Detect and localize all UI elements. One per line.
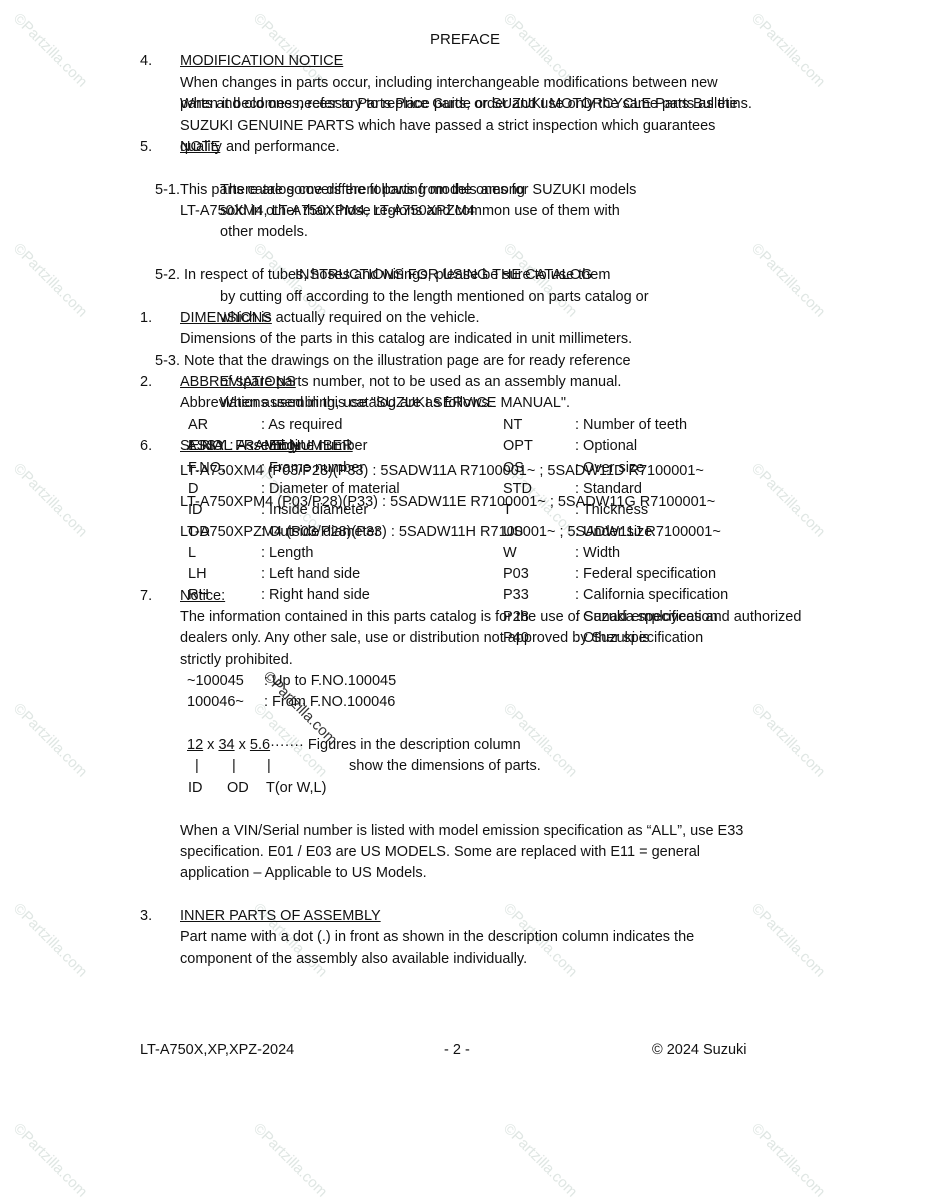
abbr-code: STD	[503, 480, 532, 498]
watermark-text: ©Partzilla.com	[748, 10, 829, 91]
abbr-desc: : Length	[261, 544, 313, 562]
abbr-desc: : Other specification	[575, 629, 703, 647]
abbr-code: RH	[188, 586, 209, 604]
abbr-desc: : Diameter of material	[261, 480, 400, 498]
footer-model: LT-A750X,XP,XPZ-2024	[140, 1041, 294, 1059]
abbr-code: D	[188, 480, 198, 498]
dimension-example: 12 x 34 x 5.6······· Figures in the desc…	[187, 736, 521, 754]
section-title: ABBREVIATIONS	[180, 373, 296, 391]
section-number: 3.	[140, 907, 152, 925]
abbr-code: F.NO.	[188, 459, 225, 477]
abbr-code: P40	[503, 629, 529, 647]
watermark-text: ©Partzilla.com	[10, 240, 91, 321]
text-line: by cutting off according to the length m…	[220, 288, 649, 306]
abbr-code: E.NO.	[188, 437, 227, 455]
dim-bar: |	[195, 757, 199, 775]
dim-sep: x	[235, 737, 250, 753]
abbr-code: LH	[188, 565, 207, 583]
dim-t: 5.6	[250, 737, 270, 753]
abbr-desc: : Thickness	[575, 501, 648, 519]
range-code: 100046~	[187, 693, 244, 711]
abbr-desc: : Inside diameter	[261, 501, 368, 519]
dim-bar: |	[267, 757, 271, 775]
text-line: Dimensions of the parts in this catalog …	[180, 330, 632, 348]
page-title: PREFACE	[430, 31, 500, 49]
section-number: 5.	[140, 138, 152, 156]
watermark-text: ©Partzilla.com	[748, 1120, 829, 1200]
abbr-code: NT	[503, 416, 522, 434]
abbr-desc: : Over size	[575, 459, 644, 477]
watermark-text: ©Partzilla.com	[10, 1120, 91, 1200]
text-line: sold in other than those regions and com…	[220, 202, 620, 220]
dim-dots: ·······	[270, 737, 304, 753]
abbr-desc: : Number of teeth	[575, 416, 687, 434]
section-number: 1.	[140, 309, 152, 327]
text-line: When it becomes necessary to replace par…	[180, 95, 738, 113]
section-title: MODIFICATION NOTICE	[180, 52, 343, 70]
dim-label: ID	[188, 779, 203, 797]
abbr-code: P03	[503, 565, 529, 583]
emission-note: specification. E01 / E03 are US MODELS. …	[180, 843, 700, 861]
section-number: 7.	[140, 587, 152, 605]
dim-sep: x	[203, 737, 218, 753]
emission-note: application – Applicable to US Models.	[180, 864, 427, 882]
abbr-desc: : Standard	[575, 480, 642, 498]
watermark-text: ©Partzilla.com	[10, 700, 91, 781]
dim-desc: show the dimensions of parts.	[349, 757, 541, 775]
range-desc: : Up to F.NO.100045	[264, 672, 396, 690]
range-code: ~100045	[187, 672, 244, 690]
text-line: INSTRUCTIONS FOR USING THE CATALOG	[295, 266, 592, 284]
watermark-text: ©Partzilla.com	[10, 460, 91, 541]
section-number: 2.	[140, 373, 152, 391]
abbr-desc: : Outside diameter	[261, 523, 379, 541]
abbr-desc: : Canada specification	[575, 608, 718, 626]
abbr-desc: : As required	[261, 416, 342, 434]
watermark-text: ©Partzilla.com	[748, 460, 829, 541]
dim-label: OD	[227, 779, 249, 797]
abbr-code: OS	[503, 459, 524, 477]
dim-id: 12	[187, 737, 203, 753]
dim-label: T(or W,L)	[266, 779, 326, 797]
text-line: component of the assembly also available…	[180, 950, 527, 968]
abbr-code: OPT	[503, 437, 533, 455]
abbr-code: US	[503, 523, 523, 541]
abbr-desc: : Under size	[575, 523, 652, 541]
abbr-desc: : California specification	[575, 586, 728, 604]
range-desc: : From F.NO.100046	[264, 693, 395, 711]
abbr-code: OD	[188, 523, 210, 541]
watermark-text: ©Partzilla.com	[748, 700, 829, 781]
abbr-code: P33	[503, 586, 529, 604]
text-line: When changes in parts occur, including i…	[180, 74, 718, 92]
abbr-code: L	[188, 544, 196, 562]
page-number: - 2 -	[444, 1041, 470, 1059]
text-line: other models.	[220, 223, 308, 241]
abbr-code: T	[503, 501, 512, 519]
dim-od: 34	[218, 737, 234, 753]
abbr-desc: : Width	[575, 544, 620, 562]
watermark-text: ©Partzilla.com	[10, 10, 91, 91]
abbr-code: W	[503, 544, 517, 562]
dim-desc: Figures in the description column	[308, 737, 521, 753]
section-number: 6.	[140, 437, 152, 455]
section-title: DIMENSIONS	[180, 309, 272, 327]
abbr-code: AR	[188, 416, 208, 434]
text-line: 5-3. Note that the drawings on the illus…	[155, 352, 631, 370]
abbr-desc: : Optional	[575, 437, 637, 455]
abbr-code: ID	[188, 501, 203, 519]
watermark-text: ©Partzilla.com	[250, 1120, 331, 1200]
section-title: NOTE	[180, 138, 220, 156]
text-line: Part name with a dot (.) in front as sho…	[180, 928, 694, 946]
section-title: INNER PARTS OF ASSEMBLY	[180, 907, 381, 925]
abbr-desc: : Engine number	[261, 437, 367, 455]
text-line: Abbreviations used in this catalog are a…	[180, 394, 493, 412]
watermark-text: ©Partzilla.com	[748, 240, 829, 321]
abbr-desc: : Right hand side	[261, 586, 370, 604]
abbr-desc: : Left hand side	[261, 565, 360, 583]
dim-bar: |	[232, 757, 236, 775]
footer-copyright: © 2024 Suzuki	[652, 1041, 747, 1059]
text-line: strictly prohibited.	[180, 651, 293, 669]
abbr-desc: : Frame number	[261, 459, 364, 477]
emission-note: When a VIN/Serial number is listed with …	[180, 822, 743, 840]
text-line: There are some different parts from the …	[220, 181, 636, 199]
text-line: SUZUKI GENUINE PARTS which have passed a…	[180, 117, 715, 135]
section-number: 4.	[140, 52, 152, 70]
watermark-text: ©Partzilla.com	[500, 1120, 581, 1200]
watermark-text: ©Partzilla.com	[10, 900, 91, 981]
abbr-desc: : Federal specification	[575, 565, 716, 583]
watermark-text: ©Partzilla.com	[748, 900, 829, 981]
abbr-code: P28	[503, 608, 529, 626]
